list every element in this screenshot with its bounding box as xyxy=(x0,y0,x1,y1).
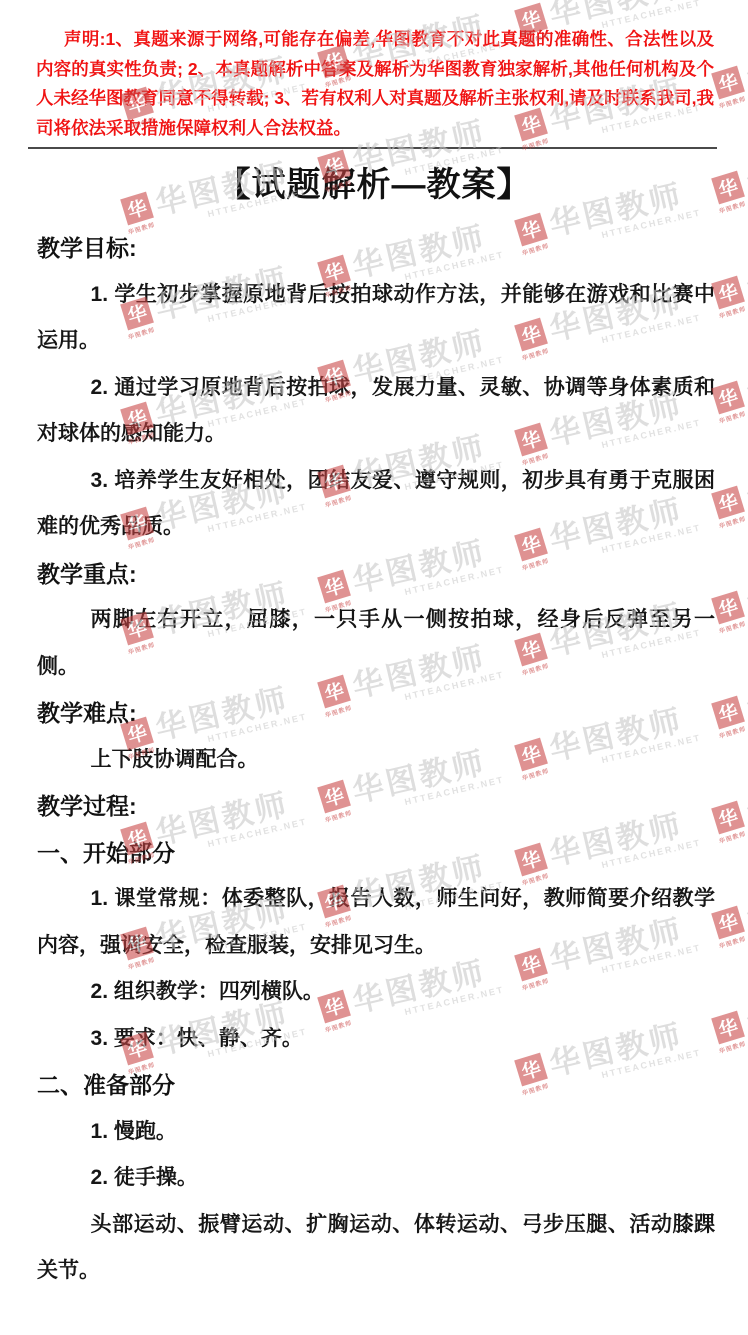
paragraph: 2. 通过学习原地背后按拍球，发展力量、灵敏、协调等身体素质和对球体的感知能力。 xyxy=(37,365,715,458)
paragraph: 两脚左右开立，屈膝，一只手从一侧按拍球，经身后反弹至另一侧。 xyxy=(37,597,715,690)
paragraph: 头部运动、振臂运动、扩胸运动、体转运动、弓步压腿、活动膝踝关节。 xyxy=(37,1202,715,1295)
section-heading: 二、准备部分 xyxy=(37,1062,715,1109)
huatu-logo-icon: 华华图教师 xyxy=(711,486,745,520)
huatu-logo-icon: 华华图教师 xyxy=(711,66,745,100)
paragraph: 3. 培养学生友好相处，团结友爱、遵守规则，初步具有勇于克服困难的优秀品质。 xyxy=(37,458,715,551)
watermark-brand-text: 华图教师 xyxy=(741,755,748,833)
paragraph: 上下肢协调配合。 xyxy=(37,737,715,784)
paragraph: 2. 徒手操。 xyxy=(37,1155,715,1202)
divider-line xyxy=(28,147,717,149)
watermark-logo-caption: 华图教师 xyxy=(718,409,747,426)
watermark-logo-caption: 华图教师 xyxy=(718,724,747,741)
huatu-logo-icon: 华华图教师 xyxy=(711,696,745,730)
paragraph: 1. 慢跑。 xyxy=(37,1109,715,1156)
watermark: 华华图教师华图教师HTTEACHER.NET xyxy=(709,20,748,112)
section-heading: 教学过程: xyxy=(37,783,715,830)
huatu-logo-icon: 华华图教师 xyxy=(711,801,745,835)
paragraph: 1. 课堂常规：体委整队，报告人数，师生问好，教师简要介绍教学内容，强调安全，检… xyxy=(37,876,715,969)
page-title: 【试题解析—教案】 xyxy=(0,163,748,207)
section-heading: 一、开始部分 xyxy=(37,830,715,877)
watermark-brand-text: 华图教师 xyxy=(741,545,748,623)
disclaimer-text: 声明:1、真题来源于网络,可能存在偏差,华图教育不对此真题的准确性、合法性以及内… xyxy=(36,25,714,143)
huatu-logo-icon: 华华图教师 xyxy=(711,1011,745,1045)
document-page: 声明:1、真题来源于网络,可能存在偏差,华图教育不对此真题的准确性、合法性以及内… xyxy=(0,0,748,1335)
watermark-brand-text: 华图教师 xyxy=(741,440,748,518)
huatu-logo-icon: 华华图教师 xyxy=(711,381,745,415)
watermark-brand-text: 华图教师 xyxy=(741,965,748,1043)
watermark-logo-caption: 华图教师 xyxy=(718,1039,747,1056)
section-heading: 教学重点: xyxy=(37,551,715,598)
watermark-logo-caption: 华图教师 xyxy=(718,94,747,111)
watermark-brand-text: 华图教师 xyxy=(741,20,748,98)
watermark-logo-caption: 华图教师 xyxy=(718,934,747,951)
watermark-logo-caption: 华图教师 xyxy=(718,829,747,846)
section-heading: 教学目标: xyxy=(37,225,715,272)
watermark-logo-caption: 华图教师 xyxy=(718,304,747,321)
huatu-logo-icon: 华华图教师 xyxy=(711,591,745,625)
watermark-logo-caption: 华图教师 xyxy=(718,514,747,531)
watermark-brand-text: 华图教师 xyxy=(741,230,748,308)
watermark-brand-text: 华图教师 xyxy=(741,860,748,938)
section-heading: 教学难点: xyxy=(37,690,715,737)
watermark-logo-caption: 华图教师 xyxy=(718,619,747,636)
paragraph: 3. 要求：快、静、齐。 xyxy=(37,1016,715,1063)
huatu-logo-icon: 华华图教师 xyxy=(711,276,745,310)
paragraph: 2. 组织教学：四列横队。 xyxy=(37,969,715,1016)
disclaimer-label: 声明: xyxy=(64,29,106,49)
watermark-brand-text: 华图教师 xyxy=(741,650,748,728)
watermark-brand-text: 华图教师 xyxy=(741,335,748,413)
paragraph: 1. 学生初步掌握原地背后按拍球动作方法，并能够在游戏和比赛中运用。 xyxy=(37,272,715,365)
huatu-logo-icon: 华华图教师 xyxy=(711,906,745,940)
document-body: 教学目标:1. 学生初步掌握原地背后按拍球动作方法，并能够在游戏和比赛中运用。2… xyxy=(37,225,715,1295)
